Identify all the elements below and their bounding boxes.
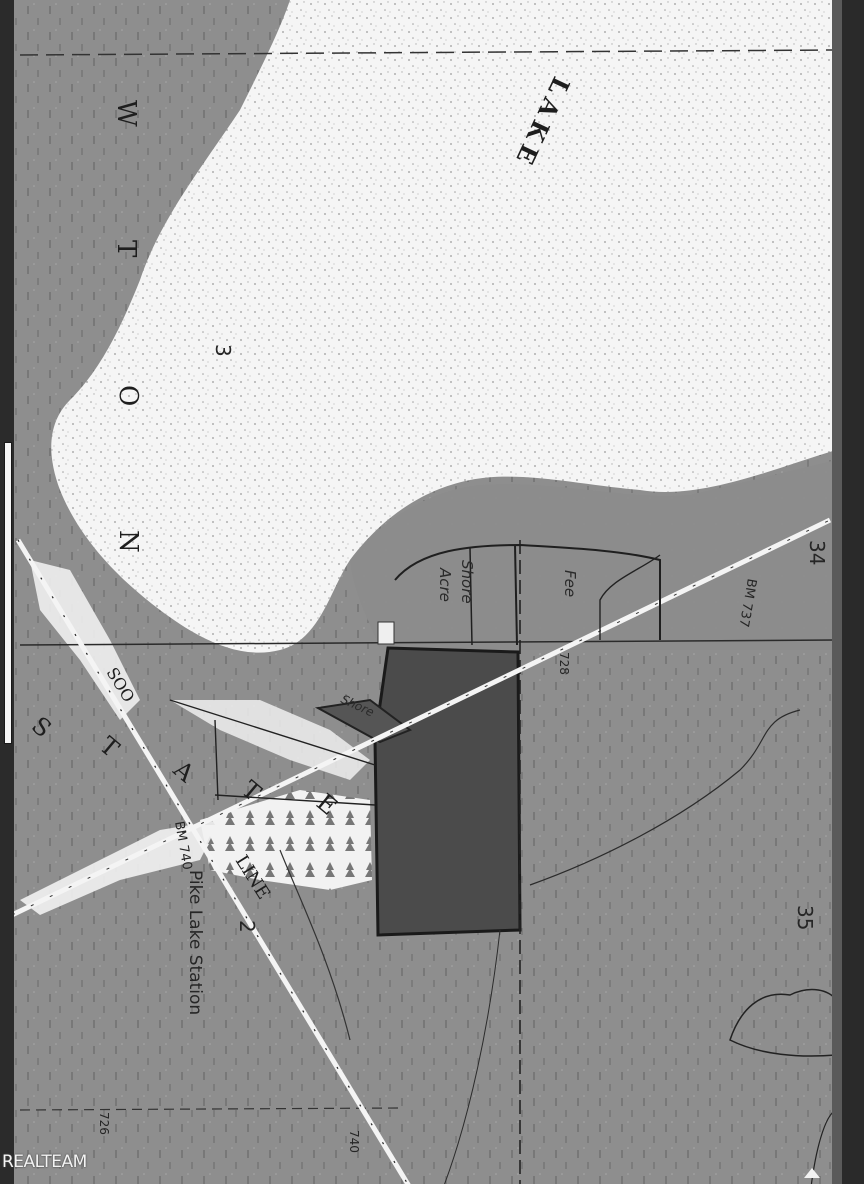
highlighted-parcel — [375, 648, 520, 935]
section-number: 35 — [793, 905, 817, 930]
county-letter: N — [113, 530, 143, 553]
parcel-note: Acre — [436, 567, 454, 602]
section-number: 3 — [211, 344, 235, 357]
county-letter: T — [111, 240, 141, 258]
county-letter: O — [113, 385, 143, 406]
county-letter: W — [111, 100, 141, 127]
dock-structure — [378, 622, 394, 644]
topographic-map: LAKE W T O N S T A T E LINE SOO Pike Lak… — [0, 0, 864, 1196]
parcel-note: Shore — [458, 560, 476, 604]
section-number: 2 — [235, 920, 259, 933]
elevation-label: 740 — [347, 1130, 361, 1153]
corner-marker-icon — [804, 1168, 820, 1178]
map-viewport[interactable]: LAKE W T O N S T A T E LINE SOO Pike Lak… — [0, 0, 864, 1196]
elevation-label: 726 — [97, 1112, 111, 1135]
scrollbar[interactable] — [4, 442, 12, 744]
station-label: Pike Lake Station — [185, 870, 205, 1015]
section-number: 34 — [805, 540, 829, 565]
parcel-note: Fee — [561, 570, 579, 597]
watermark-logo: REALTEAM — [2, 1152, 87, 1172]
elevation-label: 728 — [557, 652, 571, 675]
